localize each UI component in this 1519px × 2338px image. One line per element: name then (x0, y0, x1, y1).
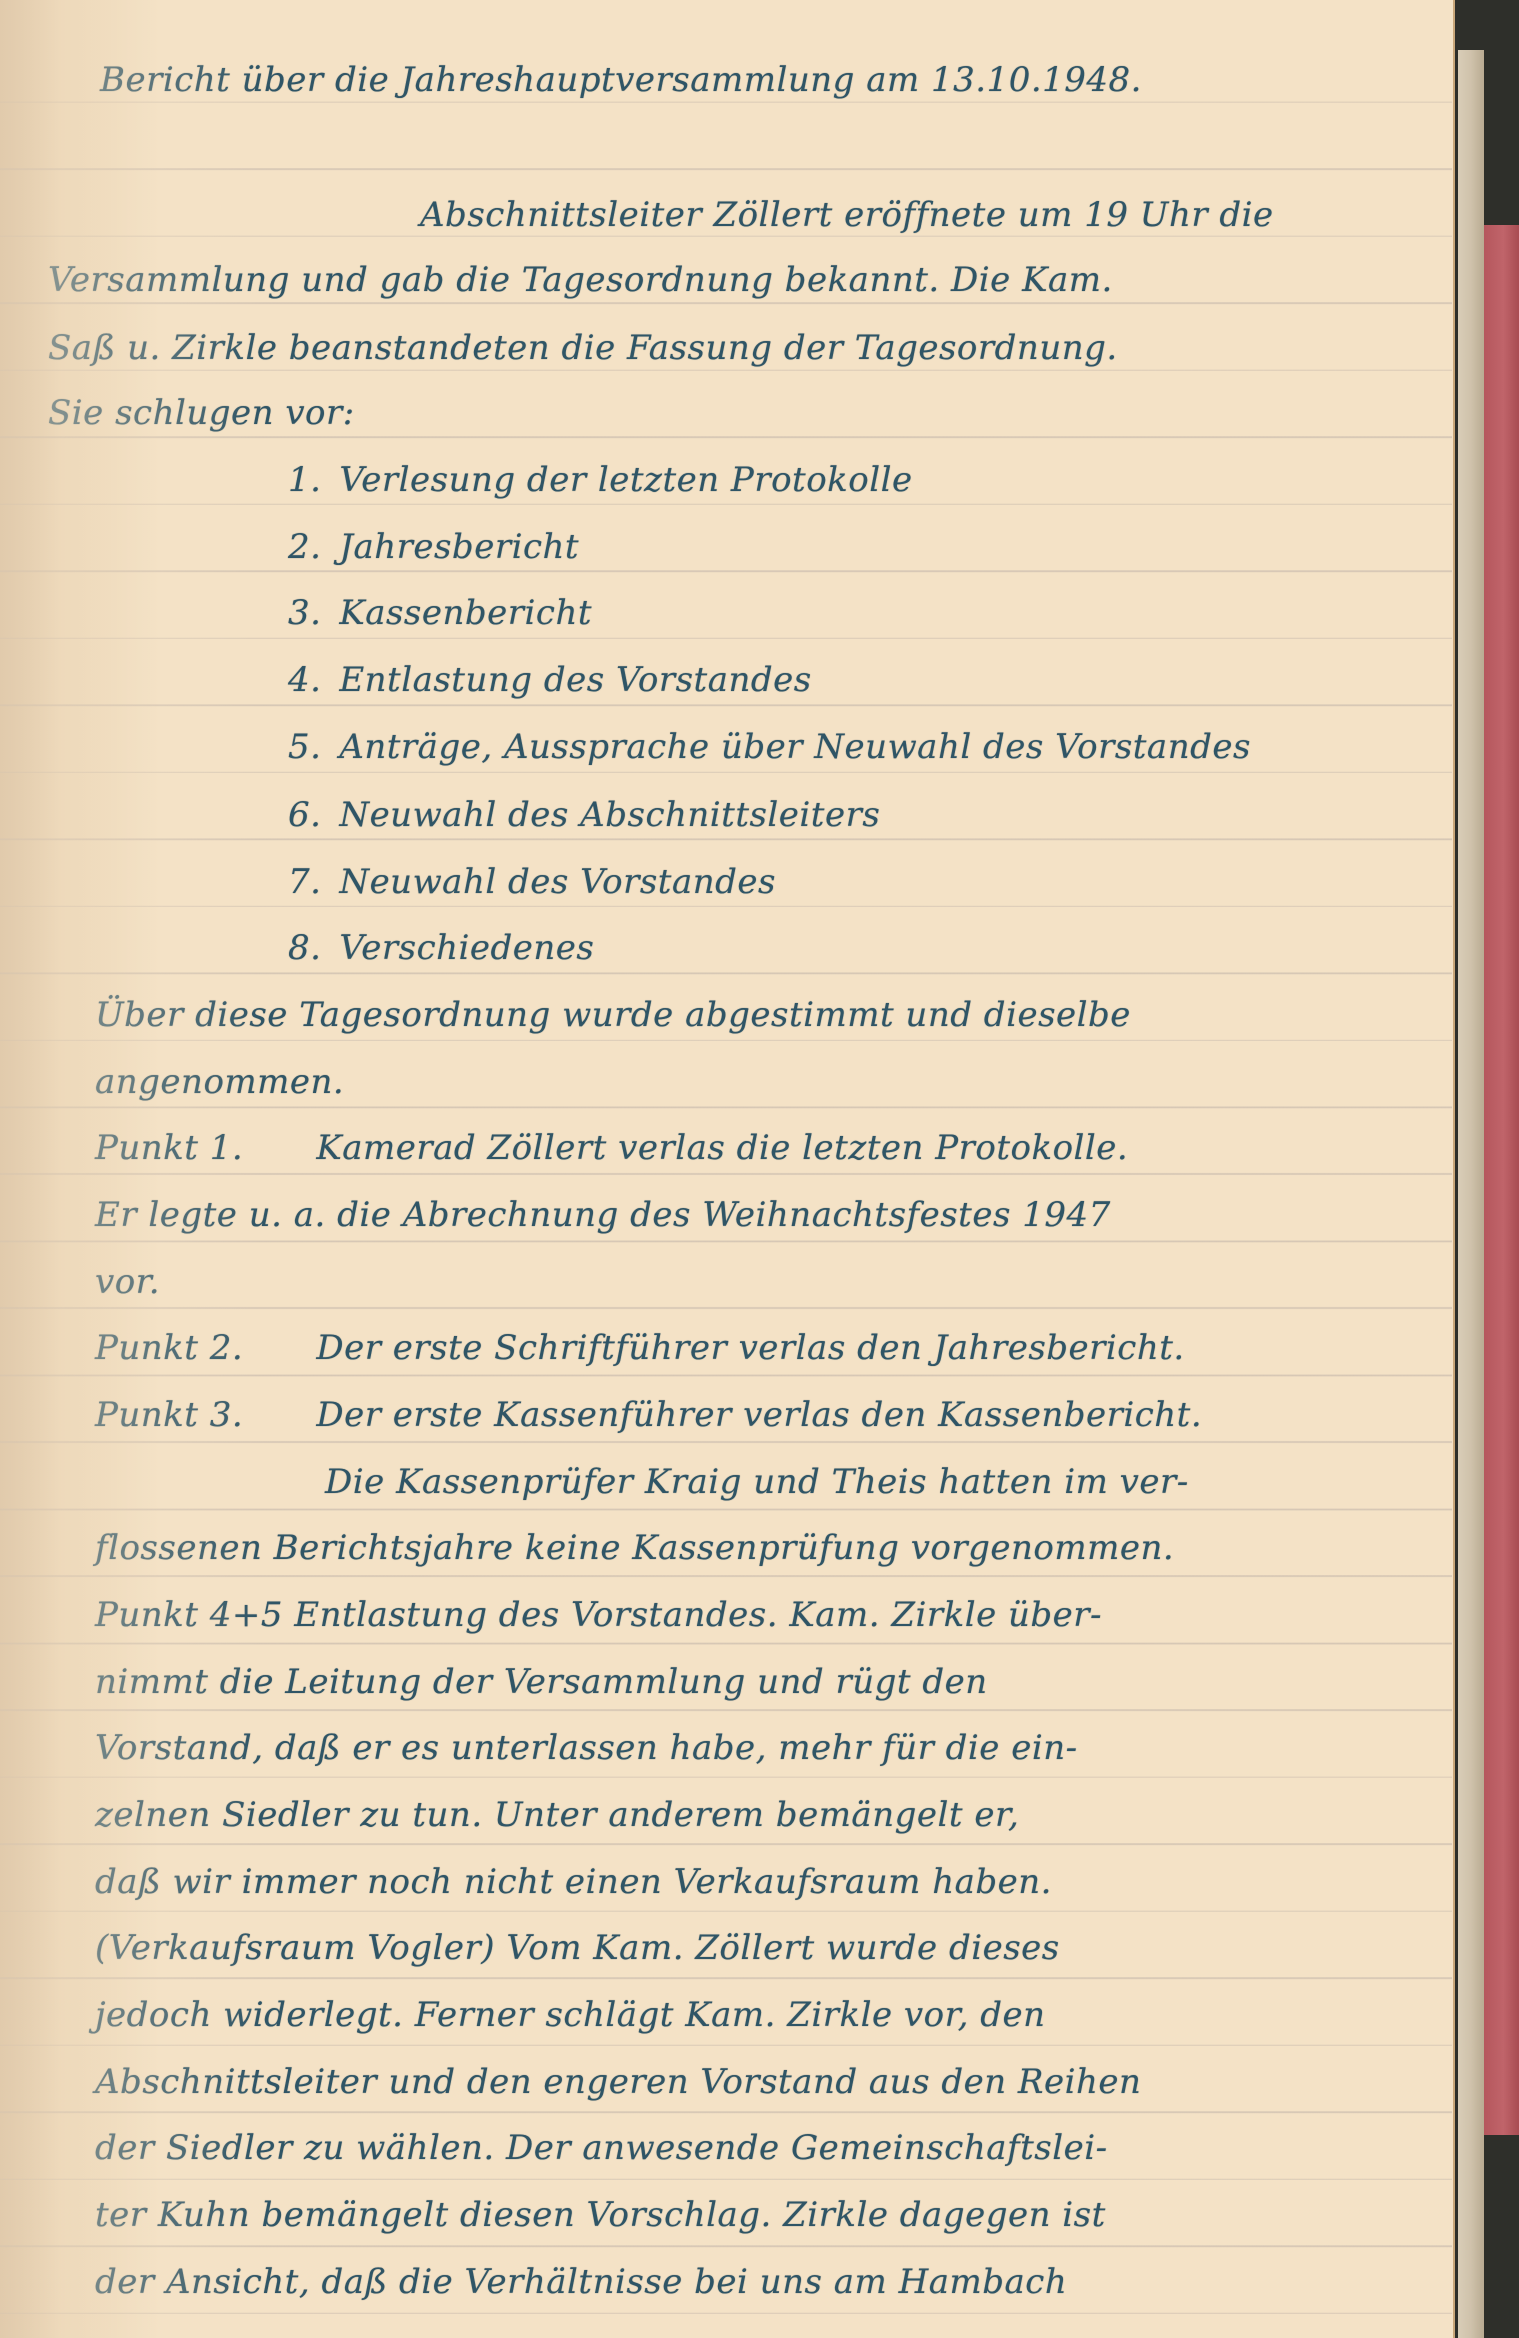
point-text: Der erste Schriftführer verlas den Jahre… (316, 1328, 1184, 1368)
body-line: Abschnittsleiter und den engeren Vorstan… (95, 2062, 1141, 2102)
agenda-number: 6. (288, 795, 328, 835)
red-book-cover (1480, 225, 1519, 2135)
opening-line: Versammlung und gab die Tagesordnung bek… (48, 260, 1113, 300)
opening-line: Saß u. Zirkle beanstandeten die Fassung … (48, 328, 1118, 368)
agenda-item: 7. Neuwahl des Vorstandes (288, 862, 776, 902)
agenda-number: 3. (288, 593, 328, 633)
body-line: nimmt die Leitung der Versammlung und rü… (95, 1662, 988, 1702)
agenda-number: 7. (288, 862, 328, 902)
body-line: flossenen Berichtsjahre keine Kassenprüf… (95, 1528, 1174, 1568)
agenda-number: 4. (288, 660, 328, 700)
handwritten-text: Bericht über die Jahreshauptversammlung … (0, 0, 1452, 2338)
agenda-point: Punkt 3. Der erste Kassenführer verlas d… (95, 1395, 1202, 1435)
point-label: Punkt 3. (95, 1395, 305, 1435)
agenda-point: Punkt 2. Der erste Schriftführer verlas … (95, 1328, 1185, 1368)
body-line: der Ansicht, daß die Verhältnisse bei un… (95, 2262, 1067, 2302)
agenda-number: 2. (288, 527, 328, 567)
page-edges (1458, 50, 1484, 2338)
agenda-item: 3. Kassenbericht (288, 593, 592, 633)
point-text: Der erste Kassenführer verlas den Kassen… (316, 1395, 1202, 1435)
agenda-item: 1. Verlesung der letzten Protokolle (288, 460, 913, 500)
lined-paper-page: Bericht über die Jahreshauptversammlung … (0, 0, 1455, 2338)
body-line: (Verkaufsraum Vogler) Vom Kam. Zöllert w… (95, 1928, 1060, 1968)
agenda-label: Entlastung des Vorstandes (339, 660, 811, 700)
point-text: Kamerad Zöllert verlas die letzten Proto… (316, 1128, 1128, 1168)
body-line: Punkt 4+5 Entlastung des Vorstandes. Kam… (95, 1595, 1102, 1635)
agenda-label: Neuwahl des Abschnittsleiters (339, 795, 880, 835)
body-line: Die Kassenprüfer Kraig und Theis hatten … (325, 1462, 1189, 1502)
agenda-item: 4. Entlastung des Vorstandes (288, 660, 812, 700)
agenda-number: 5. (288, 727, 328, 767)
body-line: angenommen. (95, 1062, 344, 1102)
opening-line: Abschnittsleiter Zöllert eröffnete um 19… (420, 195, 1274, 235)
agenda-item: 5. Anträge, Aussprache über Neuwahl des … (288, 727, 1251, 767)
point-continuation: vor. (95, 1262, 160, 1302)
agenda-label: Kassenbericht (339, 593, 592, 633)
scanned-notebook-page: Bericht über die Jahreshauptversammlung … (0, 0, 1519, 2338)
agenda-label: Jahresbericht (339, 527, 579, 567)
body-line: daß wir immer noch nicht einen Verkaufsr… (95, 1862, 1052, 1902)
agenda-point: Punkt 1. Kamerad Zöllert verlas die letz… (95, 1128, 1128, 1168)
opening-line: Sie schlugen vor: (48, 393, 355, 433)
body-line: Über diese Tagesordnung wurde abgestimmt… (95, 995, 1131, 1035)
agenda-number: 8. (288, 928, 328, 968)
page-title: Bericht über die Jahreshauptversammlung … (100, 60, 1142, 100)
agenda-number: 1. (288, 460, 328, 500)
agenda-item: 8. Verschiedenes (288, 928, 594, 968)
body-line: Vorstand, daß er es unterlassen habe, me… (95, 1728, 1078, 1768)
body-line: zelnen Siedler zu tun. Unter anderem bem… (95, 1795, 1019, 1835)
agenda-label: Anträge, Aussprache über Neuwahl des Vor… (339, 727, 1251, 767)
body-line: jedoch widerlegt. Ferner schlägt Kam. Zi… (95, 1995, 1046, 2035)
point-label: Punkt 2. (95, 1328, 305, 1368)
body-line: ter Kuhn bemängelt diesen Vorschlag. Zir… (95, 2195, 1106, 2235)
point-label: Punkt 1. (95, 1128, 305, 1168)
agenda-label: Verschiedenes (339, 928, 594, 968)
agenda-label: Neuwahl des Vorstandes (339, 862, 776, 902)
agenda-item: 2. Jahresbericht (288, 527, 579, 567)
agenda-item: 6. Neuwahl des Abschnittsleiters (288, 795, 880, 835)
agenda-label: Verlesung der letzten Protokolle (339, 460, 912, 500)
body-line: der Siedler zu wählen. Der anwesende Gem… (95, 2128, 1108, 2168)
point-continuation: Er legte u. a. die Abrechnung des Weihna… (95, 1195, 1111, 1235)
